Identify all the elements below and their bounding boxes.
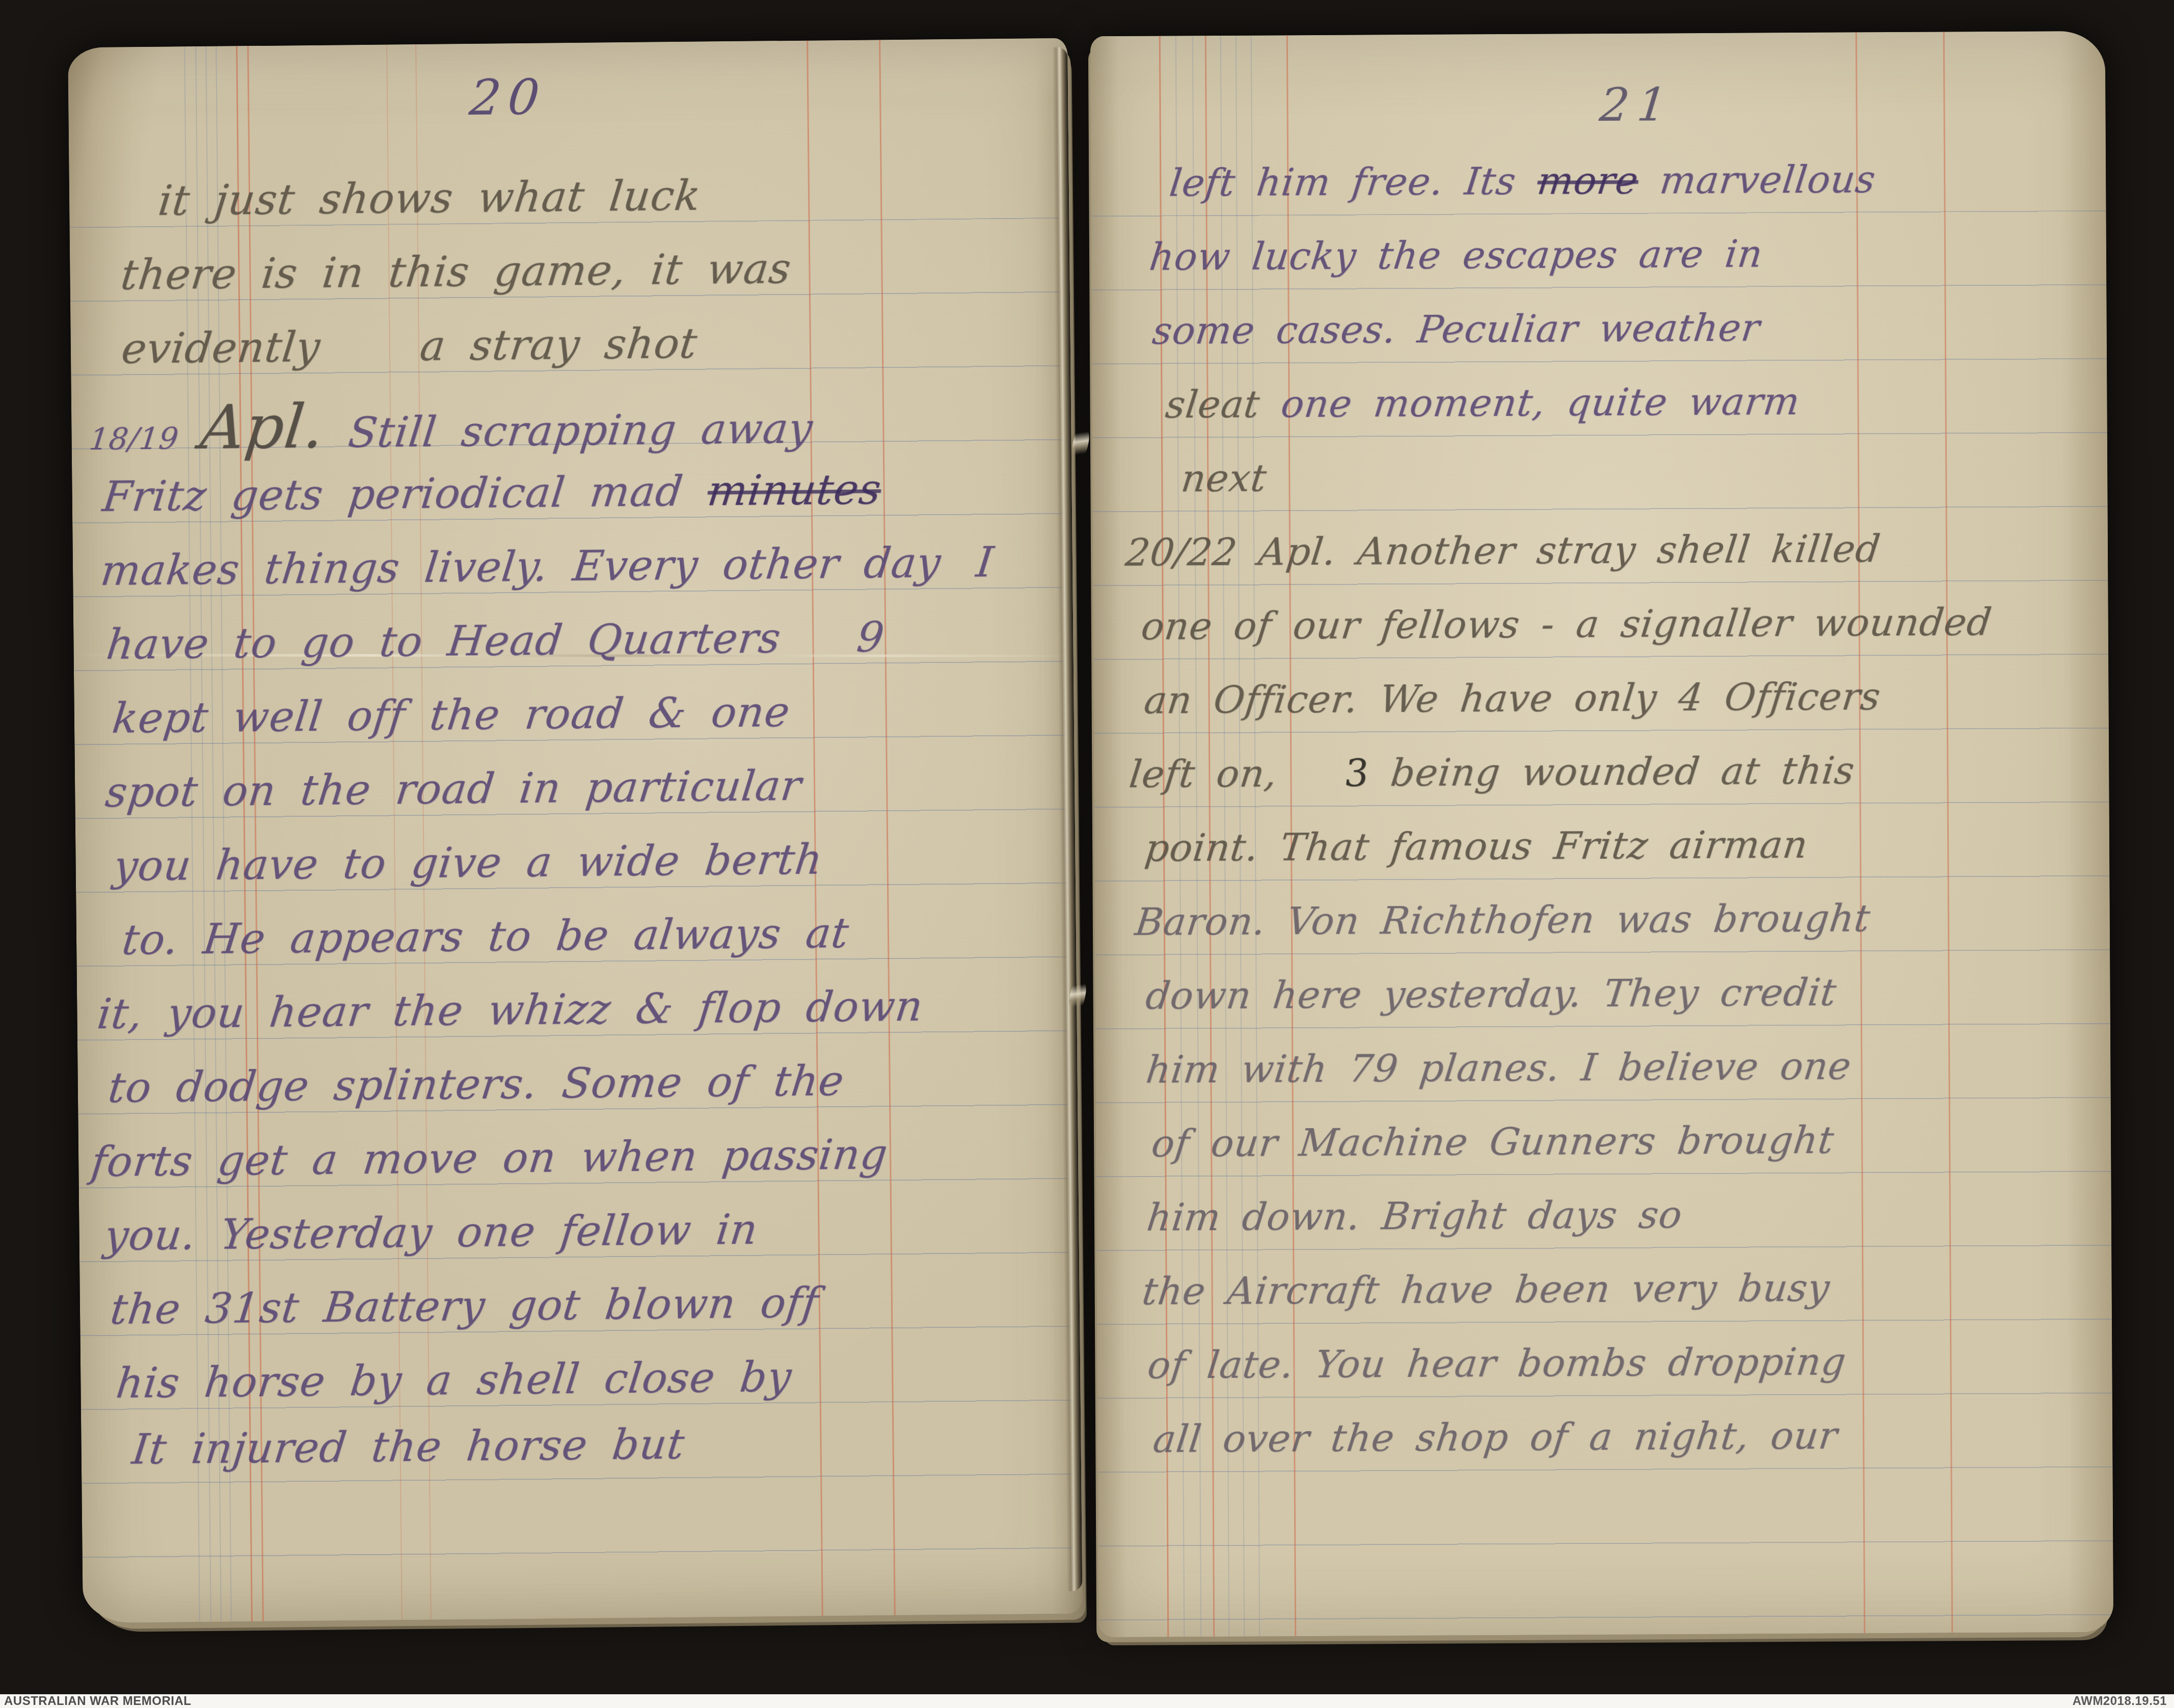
diary-line: makes things lively. Every other dayI — [98, 542, 996, 592]
diary-line: it, you hear the whizz & flop down — [95, 985, 925, 1035]
catalog-number-label: AWM2018.19.51 — [2073, 1694, 2167, 1708]
diary-line: spot on the road in particular — [103, 765, 804, 814]
diary-line: of our Machine Gunners brought — [1149, 1122, 1836, 1163]
diary-line: down here yesterday. They credit — [1144, 974, 1839, 1015]
page-number-right: 21 — [1598, 82, 1677, 128]
handwriting-layer: 21 left him free. Its more marvellous ho… — [1090, 31, 2113, 1637]
diary-line: it just shows what luck — [156, 175, 703, 222]
struck-word: more — [1535, 159, 1641, 203]
page-number-left: 20 — [468, 72, 549, 122]
diary-line: you. Yesterday one fellow in — [102, 1209, 760, 1257]
diary-page-left: 20 it just shows what luck there is in t… — [68, 38, 1083, 1623]
diary-line: sleat one moment, quite warm — [1164, 383, 1802, 424]
diary-page-right: 21 left him free. Its more marvellous ho… — [1090, 31, 2113, 1637]
diary-line: all over the shop of a night, our — [1151, 1417, 1839, 1458]
diary-line: how lucky the escapes are in — [1147, 235, 1765, 276]
diary-line: point. That famous Fritz airman — [1143, 826, 1810, 867]
struck-word: minutes — [705, 465, 884, 515]
diary-line: forts get a move on when passing — [89, 1134, 890, 1183]
diary-line: one of our fellows - a signaller wounded — [1139, 603, 1994, 646]
diary-line: him down. Bright days so — [1145, 1196, 1684, 1237]
diary-line: you have to give a wide berth — [112, 839, 825, 887]
scan-background: 20 it just shows what luck there is in t… — [0, 0, 2174, 1708]
diary-line: kept well off the road & one — [110, 691, 792, 740]
diary-line: It injured the horse but — [130, 1424, 687, 1471]
margin-mark: 9 — [854, 613, 887, 662]
diary-line: there is in this game, it was — [119, 248, 793, 297]
diary-line: Baron. Von Richthofen was brought — [1133, 899, 1872, 941]
diary-line: left on, 3 being wounded at this — [1128, 752, 1857, 793]
diary-line: of late. You hear bombs dropping — [1146, 1343, 1848, 1384]
archive-footer-bar: AUSTRALIAN WAR MEMORIAL AWM2018.19.51 — [0, 1694, 2174, 1708]
diary-line: the 31st Battery got blown off — [108, 1282, 820, 1330]
diary-line: him with 79 planes. I believe one — [1144, 1047, 1854, 1088]
diary-line: next — [1179, 459, 1269, 497]
diary-line: to. He appears to be always at — [120, 913, 851, 962]
diary-line: 18/19 Apl. Still scrapping away — [87, 392, 817, 460]
diary-line: to dodge splinters. Some of the — [106, 1060, 846, 1109]
diary-line: the Aircraft have been very busy — [1140, 1269, 1832, 1311]
diary-line: left him free. Its more marvellous — [1167, 161, 1877, 202]
diary-line: some cases. Peculiar weather — [1150, 309, 1762, 350]
diary-line: have to go to Head Quarters9 — [104, 617, 887, 666]
diary-line: an Officer. We have only 4 Officers — [1142, 678, 1883, 719]
binding-stitch — [1070, 426, 1092, 461]
handwriting-layer: 20 it just shows what luck there is in t… — [68, 38, 1083, 1623]
margin-mark: I — [974, 538, 996, 586]
diary-line: 20/22 Apl. Another stray shell killed — [1123, 530, 1883, 572]
archive-name-label: AUSTRALIAN WAR MEMORIAL — [4, 1694, 191, 1708]
diary-line: his horse by a shell close by — [114, 1356, 794, 1405]
diary-line: Fritz gets periodical mad minutes — [100, 469, 883, 518]
diary-line: evidently a stray shot — [119, 323, 700, 370]
